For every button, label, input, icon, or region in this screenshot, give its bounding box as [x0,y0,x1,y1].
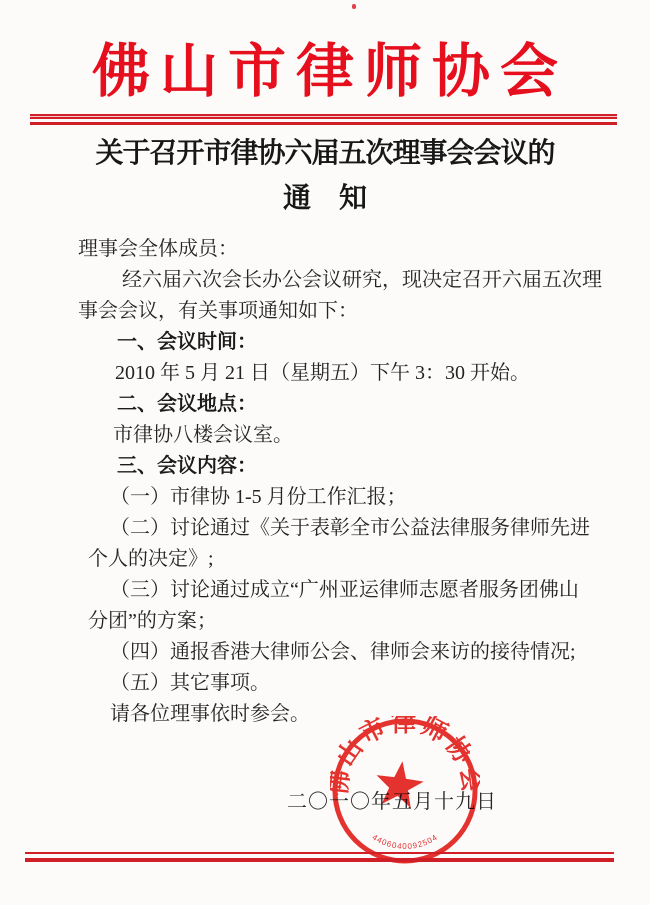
body-line: 事会会议，有关事项通知如下： [78,296,590,327]
footer-rule-thin [25,852,614,854]
body-heading-content: 三、会议内容： [78,451,590,482]
footer-rule-thick [25,858,614,862]
body-line: 分团”的方案； [78,606,590,637]
body-line-item5: （五）其它事项。 [78,668,590,699]
body-line-salutation: 理事会全体成员： [78,234,590,265]
body-line-item4: （四）通报香港大律师公会、律师会来访的接待情况; [78,637,590,668]
body-heading-place: 二、会议地点： [78,389,590,420]
header-rule-thick [30,114,617,119]
body-heading-time: 一、会议时间： [78,327,590,358]
body-line-place: 市律协八楼会议室。 [78,420,590,451]
star-icon [373,758,426,809]
notice-body: 理事会全体成员： 经六届六次会长办公会议研究，现决定召开六届五次理 事会会议，有… [78,234,590,730]
header-rule-thin [30,122,617,125]
notice-title-line1: 关于召开市律协六届五次理事会会议的 [0,137,650,171]
scan-speck [352,4,356,9]
seal-serial-number: 4406040092504 [371,833,440,851]
body-line: 个人的决定》; [78,544,590,575]
official-seal: 佛山市律师协会 4406040092504 [330,716,480,866]
notice-title-line2: 通 知 [0,182,650,216]
body-line-item3: （三）讨论通过成立“广州亚运律师志愿者服务团佛山 [78,575,590,606]
letterhead-title: 佛山市律师协会 [0,40,650,104]
body-line-item1: （一）市律协 1-5 月份工作汇报； [78,482,590,513]
body-line-datetime: 2010 年 5 月 21 日（星期五）下午 3：30 开始。 [78,358,590,389]
svg-text:4406040092504: 4406040092504 [371,833,440,851]
body-line-item2: （二）讨论通过《关于表彰全市公益法律服务律师先进 [78,513,590,544]
body-line: 经六届六次会长办公会议研究，现决定召开六届五次理 [78,265,590,296]
document-page: 佛山市律师协会 关于召开市律协六届五次理事会会议的 通 知 理事会全体成员： 经… [0,0,650,905]
